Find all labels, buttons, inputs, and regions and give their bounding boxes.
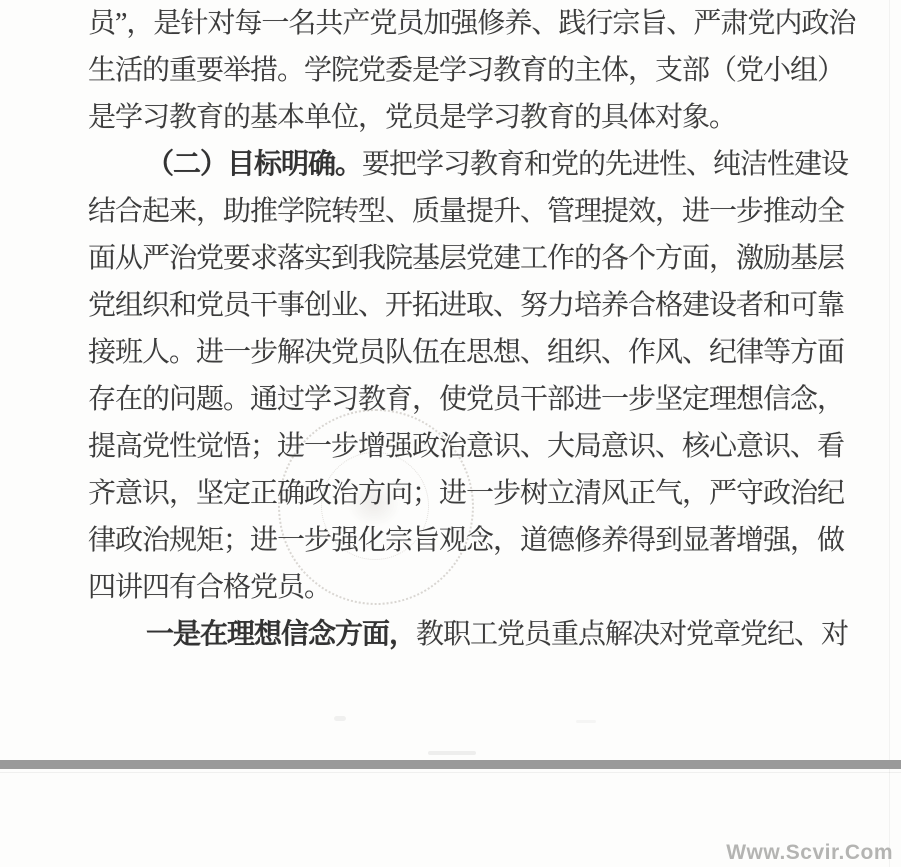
scan-edge-line: [889, 0, 890, 867]
text-segment: 是学习教育的基本单位，党员是学习教育的具体对象。: [88, 102, 736, 133]
text-line: 提高党性觉悟；进一步增强政治意识、大局意识、核心意识、看: [88, 423, 833, 470]
text-line: 存在的问题。通过学习教育，使党员干部进一步坚定理想信念，: [88, 376, 833, 423]
page-divider-bar: [0, 760, 901, 769]
text-segment: 提高党性觉悟；进一步增强政治意识、大局意识、核心意识、看: [88, 431, 844, 462]
text-segment: 齐意识，坚定正确政治方向；进一步树立清风正气，严守政治纪: [88, 478, 844, 509]
scan-smudge: [576, 720, 596, 723]
text-line: 生活的重要举措。学院党委是学习教育的主体，支部（党小组）: [88, 47, 833, 94]
text-segment: 生活的重要举措。学院党委是学习教育的主体，支部（党小组）: [88, 55, 844, 86]
text-line: 齐意识，坚定正确政治方向；进一步树立清风正气，严守政治纪: [88, 470, 833, 517]
scan-smudge: [334, 716, 346, 721]
text-segment: 党组织和党员干事创业、开拓进取、努力培养合格建设者和可靠: [88, 290, 844, 321]
scan-smudge: [428, 751, 476, 755]
text-line: 党组织和党员干事创业、开拓进取、努力培养合格建设者和可靠: [88, 282, 833, 329]
text-line: 一是在理想信念方面，教职工党员重点解决对党章党纪、对: [88, 611, 833, 658]
text-line: 四讲四有合格党员。: [88, 564, 833, 611]
scanned-document-page: 员”，是针对每一名共产党员加强修养、践行宗旨、严肃党内政治生活的重要举措。学院党…: [0, 0, 901, 867]
text-segment: 四讲四有合格党员。: [88, 572, 331, 603]
text-line: 接班人。进一步解决党员队伍在思想、组织、作风、纪律等方面: [88, 329, 833, 376]
text-segment: 接班人。进一步解决党员队伍在思想、组织、作风、纪律等方面: [88, 337, 844, 368]
bold-text-segment: 一是在理想信念方面，: [146, 619, 416, 650]
text-line: 结合起来，助推学院转型、质量提升、管理提效，进一步推动全: [88, 188, 833, 235]
text-segment: 员”，是针对每一名共产党员加强修养、践行宗旨、严肃党内政治: [88, 8, 855, 39]
text-segment: 教职工党员重点解决对党章党纪、对: [416, 619, 848, 650]
text-line: 员”，是针对每一名共产党员加强修养、践行宗旨、严肃党内政治: [88, 0, 833, 47]
bold-text-segment: （二）目标明确。: [146, 149, 362, 180]
text-segment: 结合起来，助推学院转型、质量提升、管理提效，进一步推动全: [88, 196, 844, 227]
text-line: （二）目标明确。要把学习教育和党的先进性、纯洁性建设: [88, 141, 833, 188]
text-segment: 律政治规矩；进一步强化宗旨观念，道德修养得到显著增强，做: [88, 525, 844, 556]
watermark-text: Www.Scvir.Com: [726, 841, 893, 865]
text-line: 律政治规矩；进一步强化宗旨观念，道德修养得到显著增强，做: [88, 517, 833, 564]
text-segment: 面从严治党要求落实到我院基层党建工作的各个方面，激励基层: [88, 243, 844, 274]
text-segment: 存在的问题。通过学习教育，使党员干部进一步坚定理想信念，: [88, 384, 844, 415]
text-segment: 要把学习教育和党的先进性、纯洁性建设: [362, 149, 848, 180]
text-line: 面从严治党要求落实到我院基层党建工作的各个方面，激励基层: [88, 235, 833, 282]
text-block: 员”，是针对每一名共产党员加强修养、践行宗旨、严肃党内政治生活的重要举措。学院党…: [88, 0, 833, 658]
text-line: 是学习教育的基本单位，党员是学习教育的具体对象。: [88, 94, 833, 141]
